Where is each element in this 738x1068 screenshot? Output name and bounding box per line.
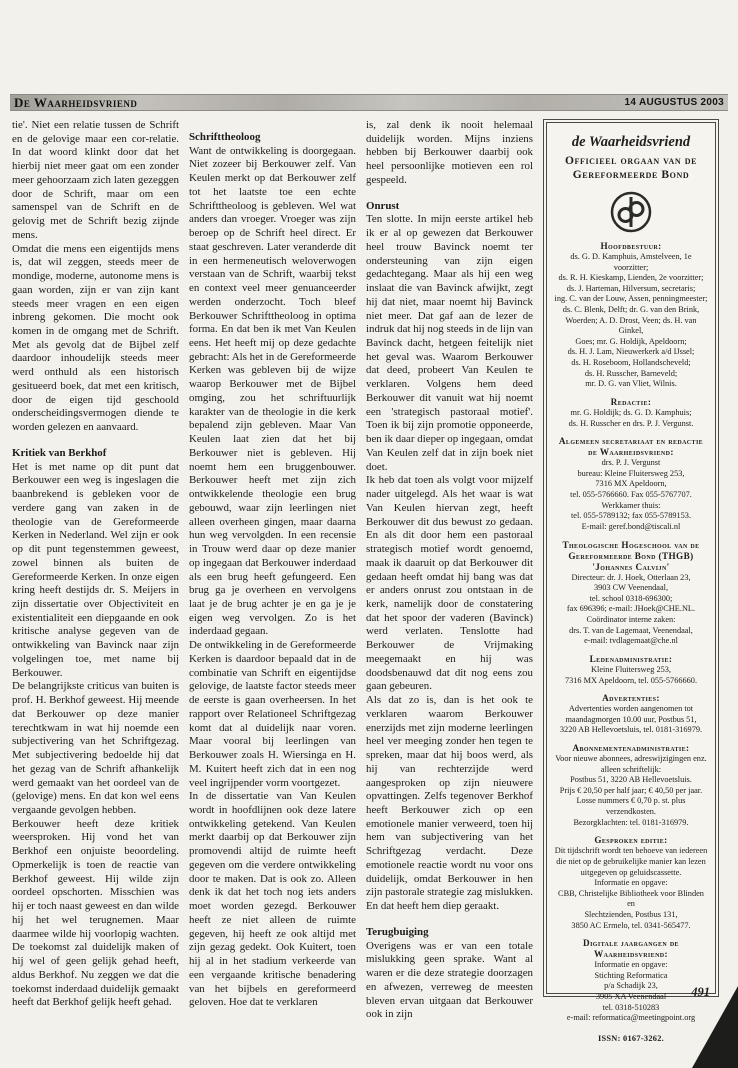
colophon-line: ds. H. Russcher en drs. P. J. Vergunst.: [554, 419, 708, 430]
colophon-section-lines: mr. G. Holdijk; ds. G. D. Kamphuis;ds. H…: [554, 408, 708, 429]
colophon-line: ds. H. Russcher, Barneveld;: [554, 369, 708, 380]
colophon-line: fax 696396; e-mail: JHoek@CHE.NL.: [554, 604, 708, 615]
article-column: tie'. Niet een relatie tussen de Schrift…: [12, 119, 179, 1022]
text-block: Overigens was er van een totale mislukki…: [366, 940, 533, 1022]
text-block: Als dat zo is, dan is het ook te verklar…: [366, 694, 533, 914]
colophon-line: Bezorgklachten: tel. 0181-316979.: [554, 818, 708, 829]
colophon-section: Theologische Hogeschool van de Gereforme…: [554, 540, 708, 647]
colophon-line: drs. T. van de Lagemaat, Veenendaal,: [554, 626, 708, 637]
colophon-section-lines: Voor nieuwe abonnees, adreswijzigingen e…: [554, 754, 708, 828]
colophon-line: Stichting Reformatica: [554, 971, 708, 982]
colophon-line: 3905 XA Veenendaal: [554, 992, 708, 1003]
colophon-section-lines: drs. P. J. Vergunstbureau: Kleine Fluite…: [554, 458, 708, 532]
colophon-section-heading: Abonnementenadministratie:: [554, 743, 708, 754]
text-block: Berkouwer heeft deze kritiek weersproken…: [12, 818, 179, 1010]
colophon-section: Abonnementenadministratie: Voor nieuwe a…: [554, 743, 708, 828]
colophon-section: Ledenadministratie: Kleine Fluitersweg 2…: [554, 654, 708, 686]
column-blocks: SchrifttheoloogWant de ontwikkeling is d…: [189, 131, 356, 1010]
colophon-line: Goes; mr. G. Holdijk, Apeldoorn;: [554, 337, 708, 348]
colophon-subtitle: Officieel orgaan van de Gereformeerde Bo…: [554, 154, 708, 182]
colophon-line: ds. H. Roseboom, Hollandscheveld;: [554, 358, 708, 369]
colophon-line: Informatie en opgave:: [554, 960, 708, 971]
colophon-line: tel. 055-5766660. Fax 055-5767707.: [554, 490, 708, 501]
colophon-line: Werkkamer thuis:: [554, 501, 708, 512]
colophon-line: mr. G. Holdijk; ds. G. D. Kamphuis;: [554, 408, 708, 419]
colophon-line: CBB, Christelijke Bibliotheek voor Blind…: [554, 889, 708, 910]
article-columns: tie'. Niet een relatie tussen de Schrift…: [12, 119, 533, 1022]
colophon-line: p/a Schadijk 23,: [554, 981, 708, 992]
colophon-section-heading: Algemeen secretariaat en redactie de Waa…: [554, 436, 708, 458]
text-block: is, zal denk ik nooit helemaal duidelijk…: [366, 119, 533, 188]
colophon-line: Dit tijdschrift wordt ten behoeve van ie…: [554, 846, 708, 857]
colophon-section-heading: Advertenties:: [554, 693, 708, 704]
text-block: De ontwikkeling in de Gereformeerde Kerk…: [189, 639, 356, 790]
colophon-line: tel. 055-5789132; fax 055-5789153.: [554, 511, 708, 522]
text-block: Terugbuiging: [366, 926, 533, 940]
article-column: SchrifttheoloogWant de ontwikkeling is d…: [189, 119, 356, 1022]
colophon-section-lines: Informatie en opgave:Stichting Reformati…: [554, 960, 708, 1024]
colophon-line: 7316 MX Apeldoorn,: [554, 479, 708, 490]
colophon-title: de Waarheidsvriend: [554, 135, 708, 151]
colophon-line: ds. C. Blenk, Delft; dr. G. van den Brin…: [554, 305, 708, 316]
colophon-line: Losse nummers € 0,70 p. st. plus verzend…: [554, 796, 708, 817]
colophon-section-heading: Gesproken editie:: [554, 835, 708, 846]
colophon-line: drs. P. J. Vergunst: [554, 458, 708, 469]
colophon-section: Digitale jaargangen de Waarheidsvriend: …: [554, 938, 708, 1024]
colophon-section: Redactie: mr. G. Holdijk; ds. G. D. Kamp…: [554, 397, 708, 429]
colophon-line: ds. G. D. Kamphuis, Amstelveen, 1e voorz…: [554, 252, 708, 273]
colophon-line: Informatie en opgave:: [554, 878, 708, 889]
colophon-line: e-mail: reformatica@meetingpoint.org: [554, 1013, 708, 1024]
colophon-line: Advertenties worden aangenomen tot: [554, 704, 708, 715]
colophon-line: 7316 MX Apeldoorn, tel. 055-5766660.: [554, 676, 708, 687]
colophon-section-lines: ds. G. D. Kamphuis, Amstelveen, 1e voorz…: [554, 252, 708, 390]
text-block: Onrust: [366, 200, 533, 214]
colophon-section-lines: Dit tijdschrift wordt ten behoeve van ie…: [554, 846, 708, 931]
colophon-line: Voor nieuwe abonnees, adreswijzigingen e…: [554, 754, 708, 765]
colophon-line: ds. J. Harteman, Hilversum, secretaris;: [554, 284, 708, 295]
colophon-line: Directeur: dr. J. Hoek, Otterlaan 23,: [554, 573, 708, 584]
colophon-line: 3220 AB Hellevoetsluis, tel. 0181-316979…: [554, 725, 708, 736]
article-column: is, zal denk ik nooit helemaal duidelijk…: [366, 119, 533, 1022]
colophon-section-lines: Advertenties worden aangenomen totmaanda…: [554, 704, 708, 736]
colophon-line: ds. H. J. Lam, Nieuwerkerk a/d IJssel;: [554, 347, 708, 358]
page-header: De Waarheidsvriend 14 AUGUSTUS 2003: [10, 94, 728, 111]
colophon-line: maandagmorgen 10.00 uur, Postbus 51,: [554, 715, 708, 726]
colophon-section: Hoofdbestuur: ds. G. D. Kamphuis, Amstel…: [554, 241, 708, 390]
colophon-line: Kleine Fluitersweg 253,: [554, 665, 708, 676]
colophon-line: 3850 AC Ermelo, tel. 0341-565477.: [554, 921, 708, 932]
colophon-line: Coördinator interne zaken:: [554, 615, 708, 626]
colophon-line: 3903 CW Veenendaal,: [554, 583, 708, 594]
colophon-line: Woerden; A. D. Drost, Veen; ds. H. van G…: [554, 316, 708, 337]
text-block: De belangrijkste criticus van buiten is …: [12, 680, 179, 817]
text-block: In de dissertatie van Van Keulen wordt i…: [189, 790, 356, 1010]
colophon-sections: Hoofdbestuur: ds. G. D. Kamphuis, Amstel…: [554, 241, 708, 1024]
page-content: tie'. Niet een relatie tussen de Schrift…: [12, 119, 719, 1022]
text-block: Omdat die mens een eigentijds mens is, d…: [12, 243, 179, 435]
issue-date: 14 AUGUSTUS 2003: [625, 97, 728, 108]
colophon-line: Slechtzienden, Postbus 131,: [554, 910, 708, 921]
column-blocks: tie'. Niet een relatie tussen de Schrift…: [12, 119, 179, 1010]
colophon-line: bureau: Kleine Fluitersweg 253,: [554, 469, 708, 480]
colophon-line: uitgegeven op geluidscassette.: [554, 868, 708, 879]
colophon-line: tel. school 0318-696300;: [554, 594, 708, 605]
colophon-section-lines: Directeur: dr. J. Hoek, Otterlaan 23,390…: [554, 573, 708, 647]
text-block: Kritiek van Berkhof: [12, 447, 179, 461]
colophon-section: Gesproken editie: Dit tijdschrift wordt …: [554, 835, 708, 931]
column-blocks: is, zal denk ik nooit helemaal duidelijk…: [366, 119, 533, 1022]
colophon-section-heading: Redactie:: [554, 397, 708, 408]
colophon-section-heading: Digitale jaargangen de Waarheidsvriend:: [554, 938, 708, 960]
page-curl-shadow: [692, 986, 738, 1068]
colophon-section-heading: Ledenadministratie:: [554, 654, 708, 665]
text-block: Schrifttheoloog: [189, 131, 356, 145]
colophon-line: Prijs € 20,50 per half jaar; € 40,50 per…: [554, 786, 708, 797]
colophon-section: Advertenties: Advertenties worden aangen…: [554, 693, 708, 736]
text-block: Want de ontwikkeling is doorgegaan. Niet…: [189, 145, 356, 639]
colophon-line: tel. 0318-510283: [554, 1003, 708, 1014]
colophon-line: E-mail: geref.bond@tiscali.nl: [554, 522, 708, 533]
text-block: tie'. Niet een relatie tussen de Schrift…: [12, 119, 179, 243]
gereformeerde-bond-logo-icon: [609, 190, 653, 234]
colophon-line: ing. C. van der Louw, Assen, penningmees…: [554, 294, 708, 305]
colophon-line: mr. D. G. van Vliet, Wilnis.: [554, 379, 708, 390]
colophon-line: ds. R. H. Kieskamp, Lienden, 2e voorzitt…: [554, 273, 708, 284]
colophon-section-heading: Hoofdbestuur:: [554, 241, 708, 252]
colophon-line: e-mail: tvdlagemaat@che.nl: [554, 636, 708, 647]
colophon-section: Algemeen secretariaat en redactie de Waa…: [554, 436, 708, 532]
text-block: Het is met name op dit punt dat Berkouwe…: [12, 461, 179, 681]
colophon-line: Postbus 51, 3220 AB Hellevoetsluis.: [554, 775, 708, 786]
colophon-box: de Waarheidsvriend Officieel orgaan van …: [543, 119, 719, 997]
issn: ISSN: 0167-3262.: [554, 1034, 708, 1045]
text-block: Ten slotte. In mijn eerste artikel heb i…: [366, 213, 533, 474]
text-block: Ik heb dat toen als volgt voor mijzelf n…: [366, 474, 533, 694]
colophon-section-heading: Theologische Hogeschool van de Gereforme…: [554, 540, 708, 573]
masthead: De Waarheidsvriend: [10, 95, 137, 111]
colophon-section-lines: Kleine Fluitersweg 253,7316 MX Apeldoorn…: [554, 665, 708, 686]
colophon-line: die niet op de gebruikelijke manier kan …: [554, 857, 708, 868]
colophon-line: alleen schriftelijk:: [554, 765, 708, 776]
